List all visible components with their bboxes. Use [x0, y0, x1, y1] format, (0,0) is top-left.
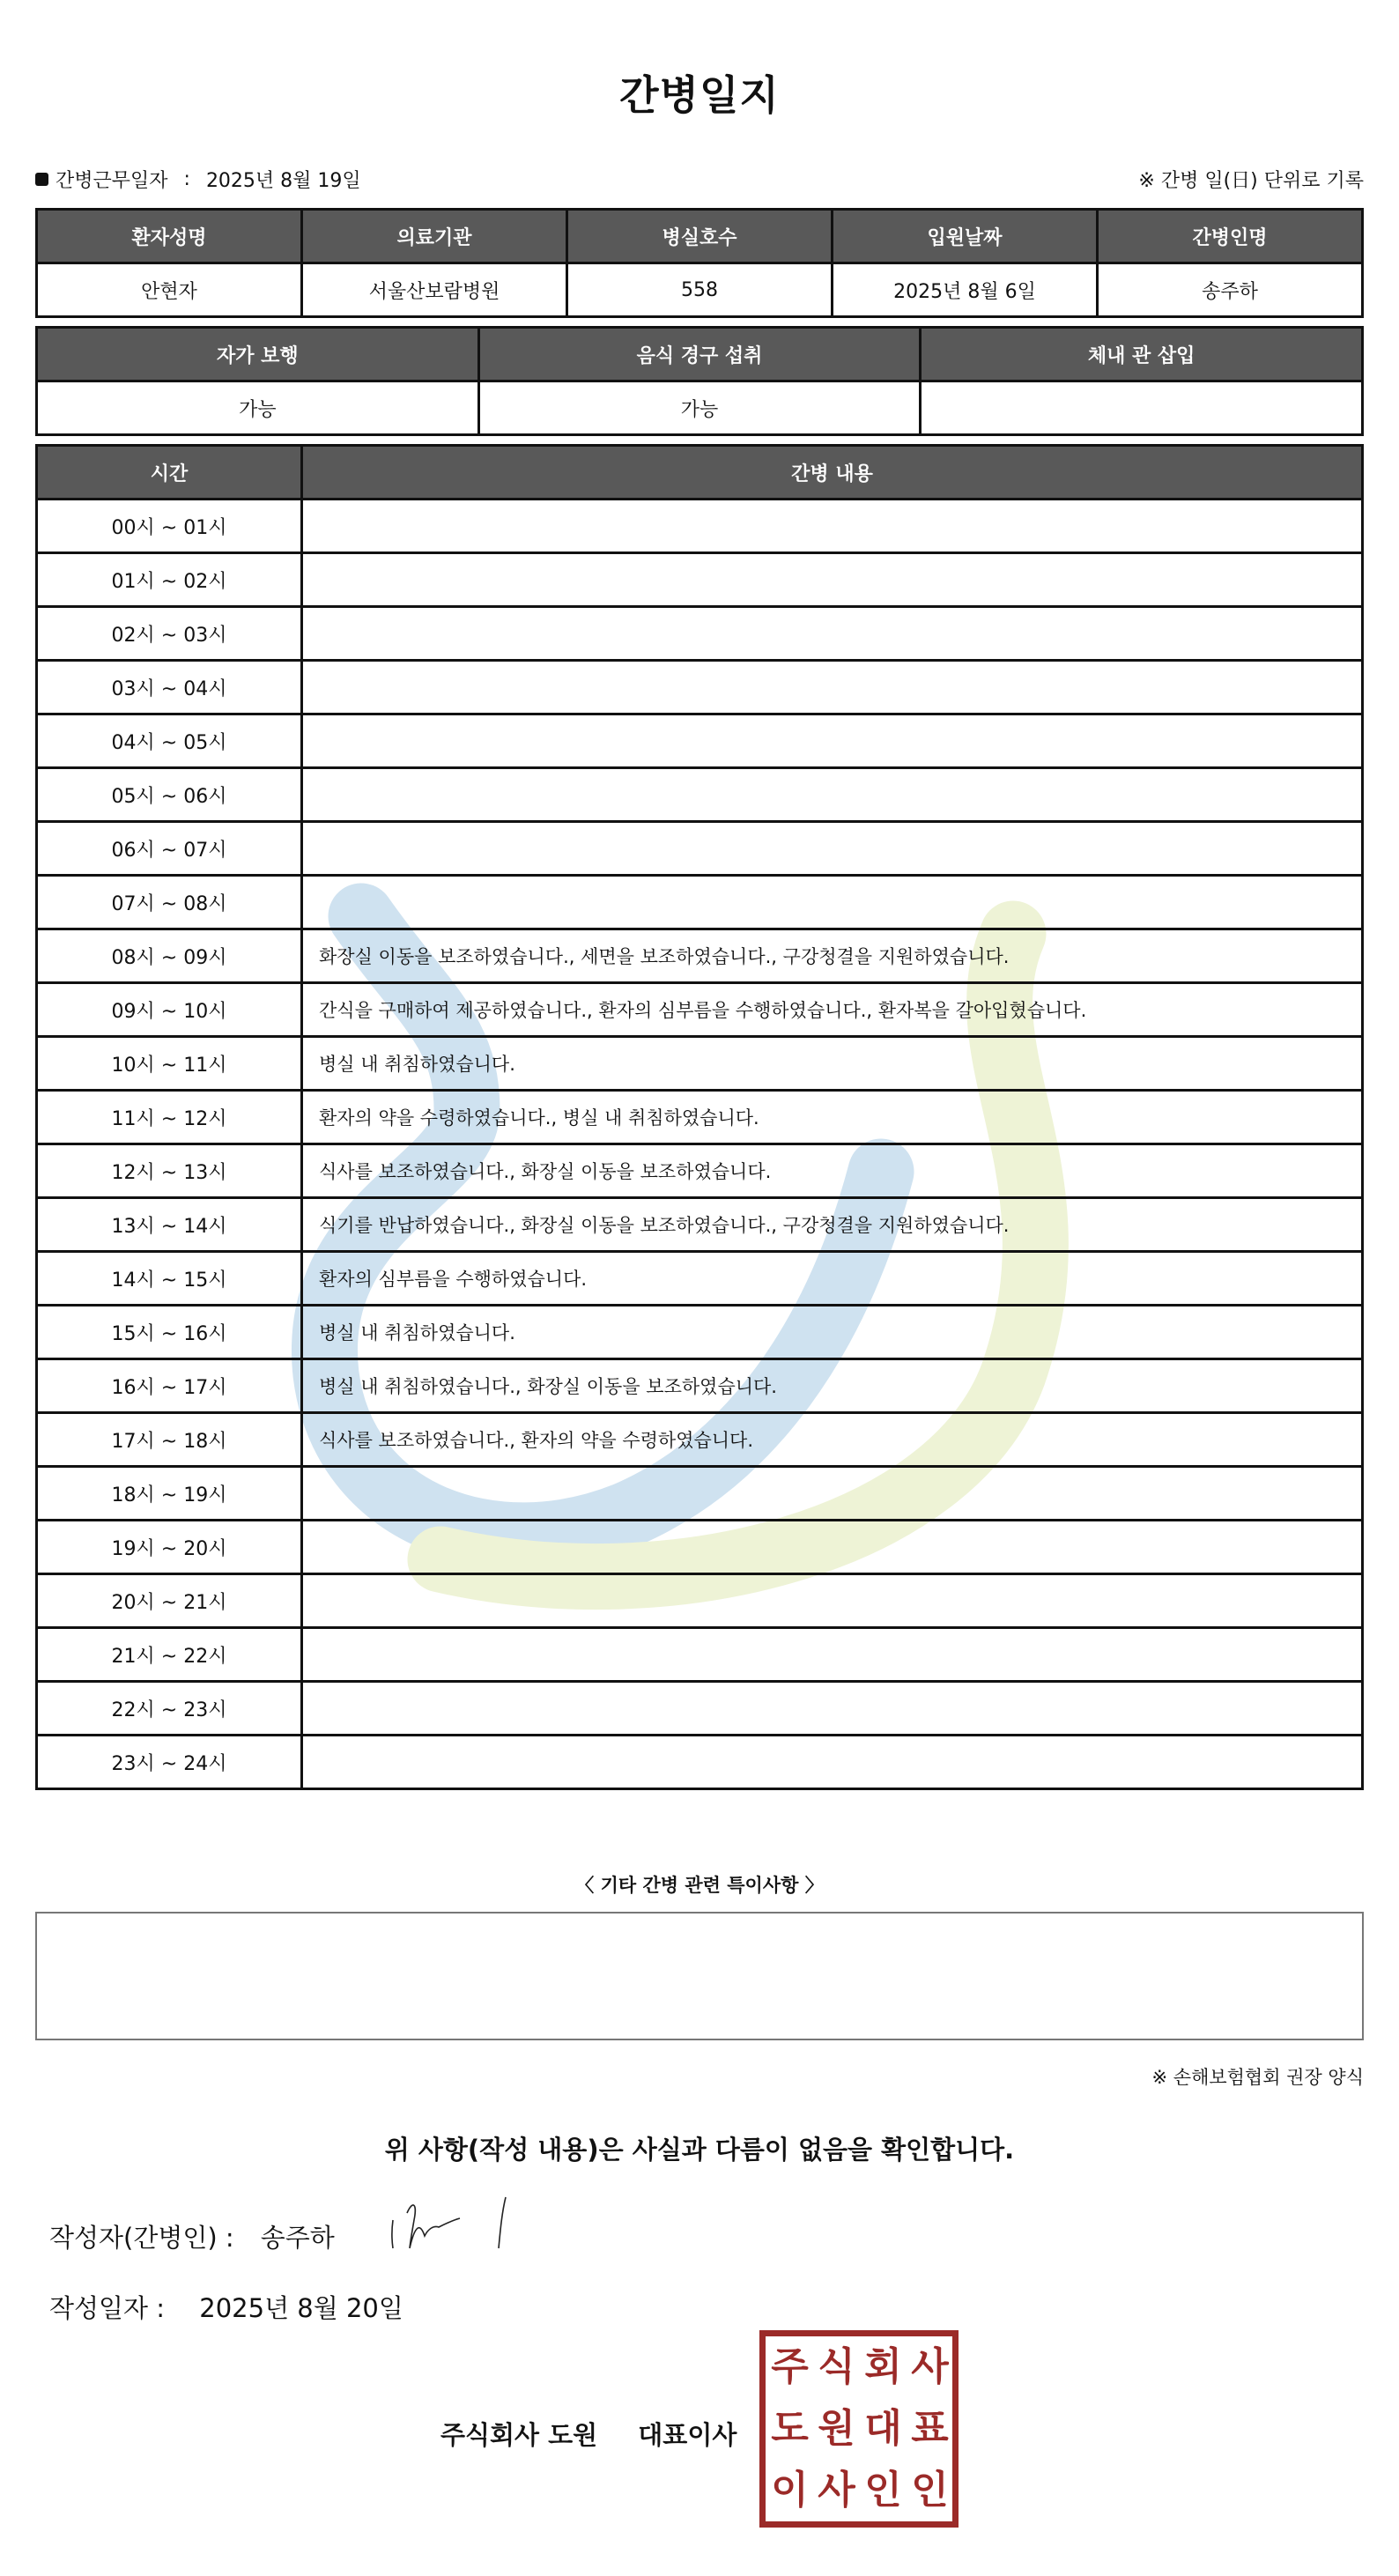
time-slot: 16시 ~ 17시 [37, 1359, 302, 1413]
work-date: 간병근무일자 : 2025년 8월 19일 [35, 166, 361, 193]
table-row: 01시 ~ 02시 [37, 553, 1363, 607]
patient-name: 안현자 [37, 263, 302, 317]
care-content-cell[interactable] [302, 1628, 1363, 1682]
table-row: 08시 ~ 09시화장실 이동을 보조하였습니다., 세면을 보조하였습니다.,… [37, 929, 1363, 983]
care-content-cell[interactable] [302, 1574, 1363, 1628]
seal-text: 주식회사도원대표이사인인 [766, 2336, 952, 2521]
table-row: 07시 ~ 08시 [37, 876, 1363, 929]
confirmation-statement: 위 사항(작성 내용)은 사실과 다름이 없음을 확인합니다. [0, 2130, 1399, 2166]
company-representative: 대표이사 [638, 2420, 737, 2450]
time-slot: 07시 ~ 08시 [37, 876, 302, 929]
time-slot: 18시 ~ 19시 [37, 1467, 302, 1521]
company-seal-icon: 주식회사도원대표이사인인 [759, 2330, 959, 2528]
bullet-square-icon [35, 173, 48, 186]
time-slot: 13시 ~ 14시 [37, 1198, 302, 1252]
work-date-separator: : [184, 168, 190, 190]
care-content-cell[interactable]: 식기를 반납하였습니다., 화장실 이동을 보조하였습니다., 구강청결을 지원… [302, 1198, 1363, 1252]
care-content-cell[interactable]: 식사를 보조하였습니다., 화장실 이동을 보조하였습니다. [302, 1144, 1363, 1198]
table-row: 09시 ~ 10시간식을 구매하여 제공하였습니다., 환자의 심부름을 수행하… [37, 983, 1363, 1037]
seal-char: 주 [766, 2348, 812, 2387]
time-slot: 11시 ~ 12시 [37, 1091, 302, 1144]
header-caregiver-name: 간병인명 [1098, 210, 1363, 263]
care-content-cell[interactable] [302, 500, 1363, 553]
handwritten-signature-icon [388, 2194, 537, 2255]
time-slot: 09시 ~ 10시 [37, 983, 302, 1037]
care-content-cell[interactable] [302, 1736, 1363, 1789]
table-row: 11시 ~ 12시환자의 약을 수령하였습니다., 병실 내 취침하였습니다. [37, 1091, 1363, 1144]
written-date-label: 작성일자 : [49, 2293, 165, 2323]
seal-char: 이 [766, 2471, 812, 2510]
table-row: 13시 ~ 14시식기를 반납하였습니다., 화장실 이동을 보조하였습니다.,… [37, 1198, 1363, 1252]
patient-status-table: 자가 보행 음식 경구 섭취 체내 관 삽입 가능 가능 [35, 326, 1364, 436]
table-row: 02시 ~ 03시 [37, 607, 1363, 661]
care-content-cell[interactable]: 간식을 구매하여 제공하였습니다., 환자의 심부름을 수행하였습니다., 환자… [302, 983, 1363, 1037]
header-self-walking: 자가 보행 [37, 328, 479, 381]
seal-char: 식 [812, 2348, 859, 2387]
author-label: 작성자(간병인) : [49, 2218, 234, 2254]
seal-char: 도 [766, 2409, 812, 2448]
table-row: 04시 ~ 05시 [37, 714, 1363, 768]
time-slot: 08시 ~ 09시 [37, 929, 302, 983]
care-content-cell[interactable] [302, 714, 1363, 768]
table-row: 19시 ~ 20시 [37, 1521, 1363, 1574]
author-row: 작성자(간병인) : 송주하 [49, 2218, 335, 2254]
seal-char: 회 [859, 2348, 906, 2387]
header-care-content: 간병 내용 [302, 446, 1363, 500]
seal-char: 원 [812, 2409, 859, 2448]
care-content-cell[interactable]: 병실 내 취침하였습니다. [302, 1306, 1363, 1359]
header-time: 시간 [37, 446, 302, 500]
table-row: 16시 ~ 17시병실 내 취침하였습니다., 화장실 이동을 보조하였습니다. [37, 1359, 1363, 1413]
care-content-cell[interactable] [302, 553, 1363, 607]
time-slot: 20시 ~ 21시 [37, 1574, 302, 1628]
seal-char: 인 [859, 2471, 906, 2510]
form-source-note: ※ 손해보험협회 권장 양식 [1152, 2063, 1364, 2090]
header-hospital: 의료기관 [302, 210, 567, 263]
table-row: 03시 ~ 04시 [37, 661, 1363, 714]
hospital: 서울산보람병원 [302, 263, 567, 317]
table-row: 20시 ~ 21시 [37, 1574, 1363, 1628]
time-slot: 05시 ~ 06시 [37, 768, 302, 822]
record-note: ※ 간병 일(日) 단위로 기록 [1138, 166, 1364, 193]
care-content-cell[interactable]: 병실 내 취침하였습니다. [302, 1037, 1363, 1091]
time-slot: 23시 ~ 24시 [37, 1736, 302, 1789]
care-content-cell[interactable]: 화장실 이동을 보조하였습니다., 세면을 보조하였습니다., 구강청결을 지원… [302, 929, 1363, 983]
table-row: 21시 ~ 22시 [37, 1628, 1363, 1682]
table-row: 22시 ~ 23시 [37, 1682, 1363, 1736]
seal-char: 사 [906, 2348, 952, 2387]
header-room-number: 병실호수 [567, 210, 833, 263]
time-slot: 14시 ~ 15시 [37, 1252, 302, 1306]
care-content-cell[interactable] [302, 1682, 1363, 1736]
company-signoff: 주식회사 도원 대표이사 [440, 2416, 737, 2452]
self-walking: 가능 [37, 381, 479, 435]
notes-heading: 〈 기타 간병 관련 특이사항 〉 [0, 1871, 1399, 1898]
care-content-cell[interactable] [302, 661, 1363, 714]
care-content-cell[interactable] [302, 607, 1363, 661]
time-slot: 01시 ~ 02시 [37, 553, 302, 607]
seal-char: 표 [906, 2409, 952, 2448]
time-slot: 15시 ~ 16시 [37, 1306, 302, 1359]
care-log-table: 시간 간병 내용 00시 ~ 01시01시 ~ 02시02시 ~ 03시03시 … [35, 444, 1364, 1790]
time-slot: 22시 ~ 23시 [37, 1682, 302, 1736]
table-row: 00시 ~ 01시 [37, 500, 1363, 553]
time-slot: 02시 ~ 03시 [37, 607, 302, 661]
care-content-cell[interactable] [302, 822, 1363, 876]
table-row: 10시 ~ 11시병실 내 취침하였습니다. [37, 1037, 1363, 1091]
time-slot: 19시 ~ 20시 [37, 1521, 302, 1574]
care-content-cell[interactable] [302, 768, 1363, 822]
time-slot: 00시 ~ 01시 [37, 500, 302, 553]
work-date-label: 간병근무일자 [56, 166, 168, 193]
table-row: 15시 ~ 16시병실 내 취침하였습니다. [37, 1306, 1363, 1359]
tube-insertion [921, 381, 1363, 435]
care-content-cell[interactable]: 환자의 약을 수령하였습니다., 병실 내 취침하였습니다. [302, 1091, 1363, 1144]
time-slot: 04시 ~ 05시 [37, 714, 302, 768]
care-content-cell[interactable] [302, 1467, 1363, 1521]
caregiver-name: 송주하 [1098, 263, 1363, 317]
table-row: 06시 ~ 07시 [37, 822, 1363, 876]
seal-char: 사 [812, 2471, 859, 2510]
care-content-cell[interactable] [302, 1521, 1363, 1574]
notes-field[interactable] [35, 1912, 1364, 2040]
page-title: 간병일지 [0, 63, 1399, 122]
room-number: 558 [567, 263, 833, 317]
care-content-cell[interactable] [302, 876, 1363, 929]
author-name: 송주하 [261, 2218, 335, 2254]
company-name: 주식회사 도원 [440, 2420, 597, 2450]
written-date-row: 작성일자 : 2025년 8월 20일 [49, 2289, 403, 2325]
work-date-value: 2025년 8월 19일 [206, 166, 361, 193]
table-row: 14시 ~ 15시환자의 심부름을 수행하였습니다. [37, 1252, 1363, 1306]
time-slot: 06시 ~ 07시 [37, 822, 302, 876]
care-content-cell[interactable]: 병실 내 취침하였습니다., 화장실 이동을 보조하였습니다. [302, 1359, 1363, 1413]
header-oral-intake: 음식 경구 섭취 [478, 328, 921, 381]
header-patient-name: 환자성명 [37, 210, 302, 263]
oral-intake: 가능 [478, 381, 921, 435]
seal-char: 인 [906, 2471, 952, 2510]
table-row: 12시 ~ 13시식사를 보조하였습니다., 화장실 이동을 보조하였습니다. [37, 1144, 1363, 1198]
care-content-cell[interactable]: 환자의 심부름을 수행하였습니다. [302, 1252, 1363, 1306]
table-row: 23시 ~ 24시 [37, 1736, 1363, 1789]
header-tube-insertion: 체내 관 삽입 [921, 328, 1363, 381]
seal-char: 대 [859, 2409, 906, 2448]
time-slot: 12시 ~ 13시 [37, 1144, 302, 1198]
time-slot: 21시 ~ 22시 [37, 1628, 302, 1682]
header-admission-date: 입원날짜 [833, 210, 1098, 263]
table-row: 05시 ~ 06시 [37, 768, 1363, 822]
care-content-cell[interactable]: 식사를 보조하였습니다., 환자의 약을 수령하였습니다. [302, 1413, 1363, 1467]
admission-date: 2025년 8월 6일 [833, 263, 1098, 317]
patient-info-table: 환자성명 의료기관 병실호수 입원날짜 간병인명 안현자 서울산보람병원 558… [35, 208, 1364, 318]
table-row: 18시 ~ 19시 [37, 1467, 1363, 1521]
table-row: 17시 ~ 18시식사를 보조하였습니다., 환자의 약을 수령하였습니다. [37, 1413, 1363, 1467]
time-slot: 10시 ~ 11시 [37, 1037, 302, 1091]
written-date-value: 2025년 8월 20일 [199, 2293, 403, 2323]
time-slot: 17시 ~ 18시 [37, 1413, 302, 1467]
time-slot: 03시 ~ 04시 [37, 661, 302, 714]
